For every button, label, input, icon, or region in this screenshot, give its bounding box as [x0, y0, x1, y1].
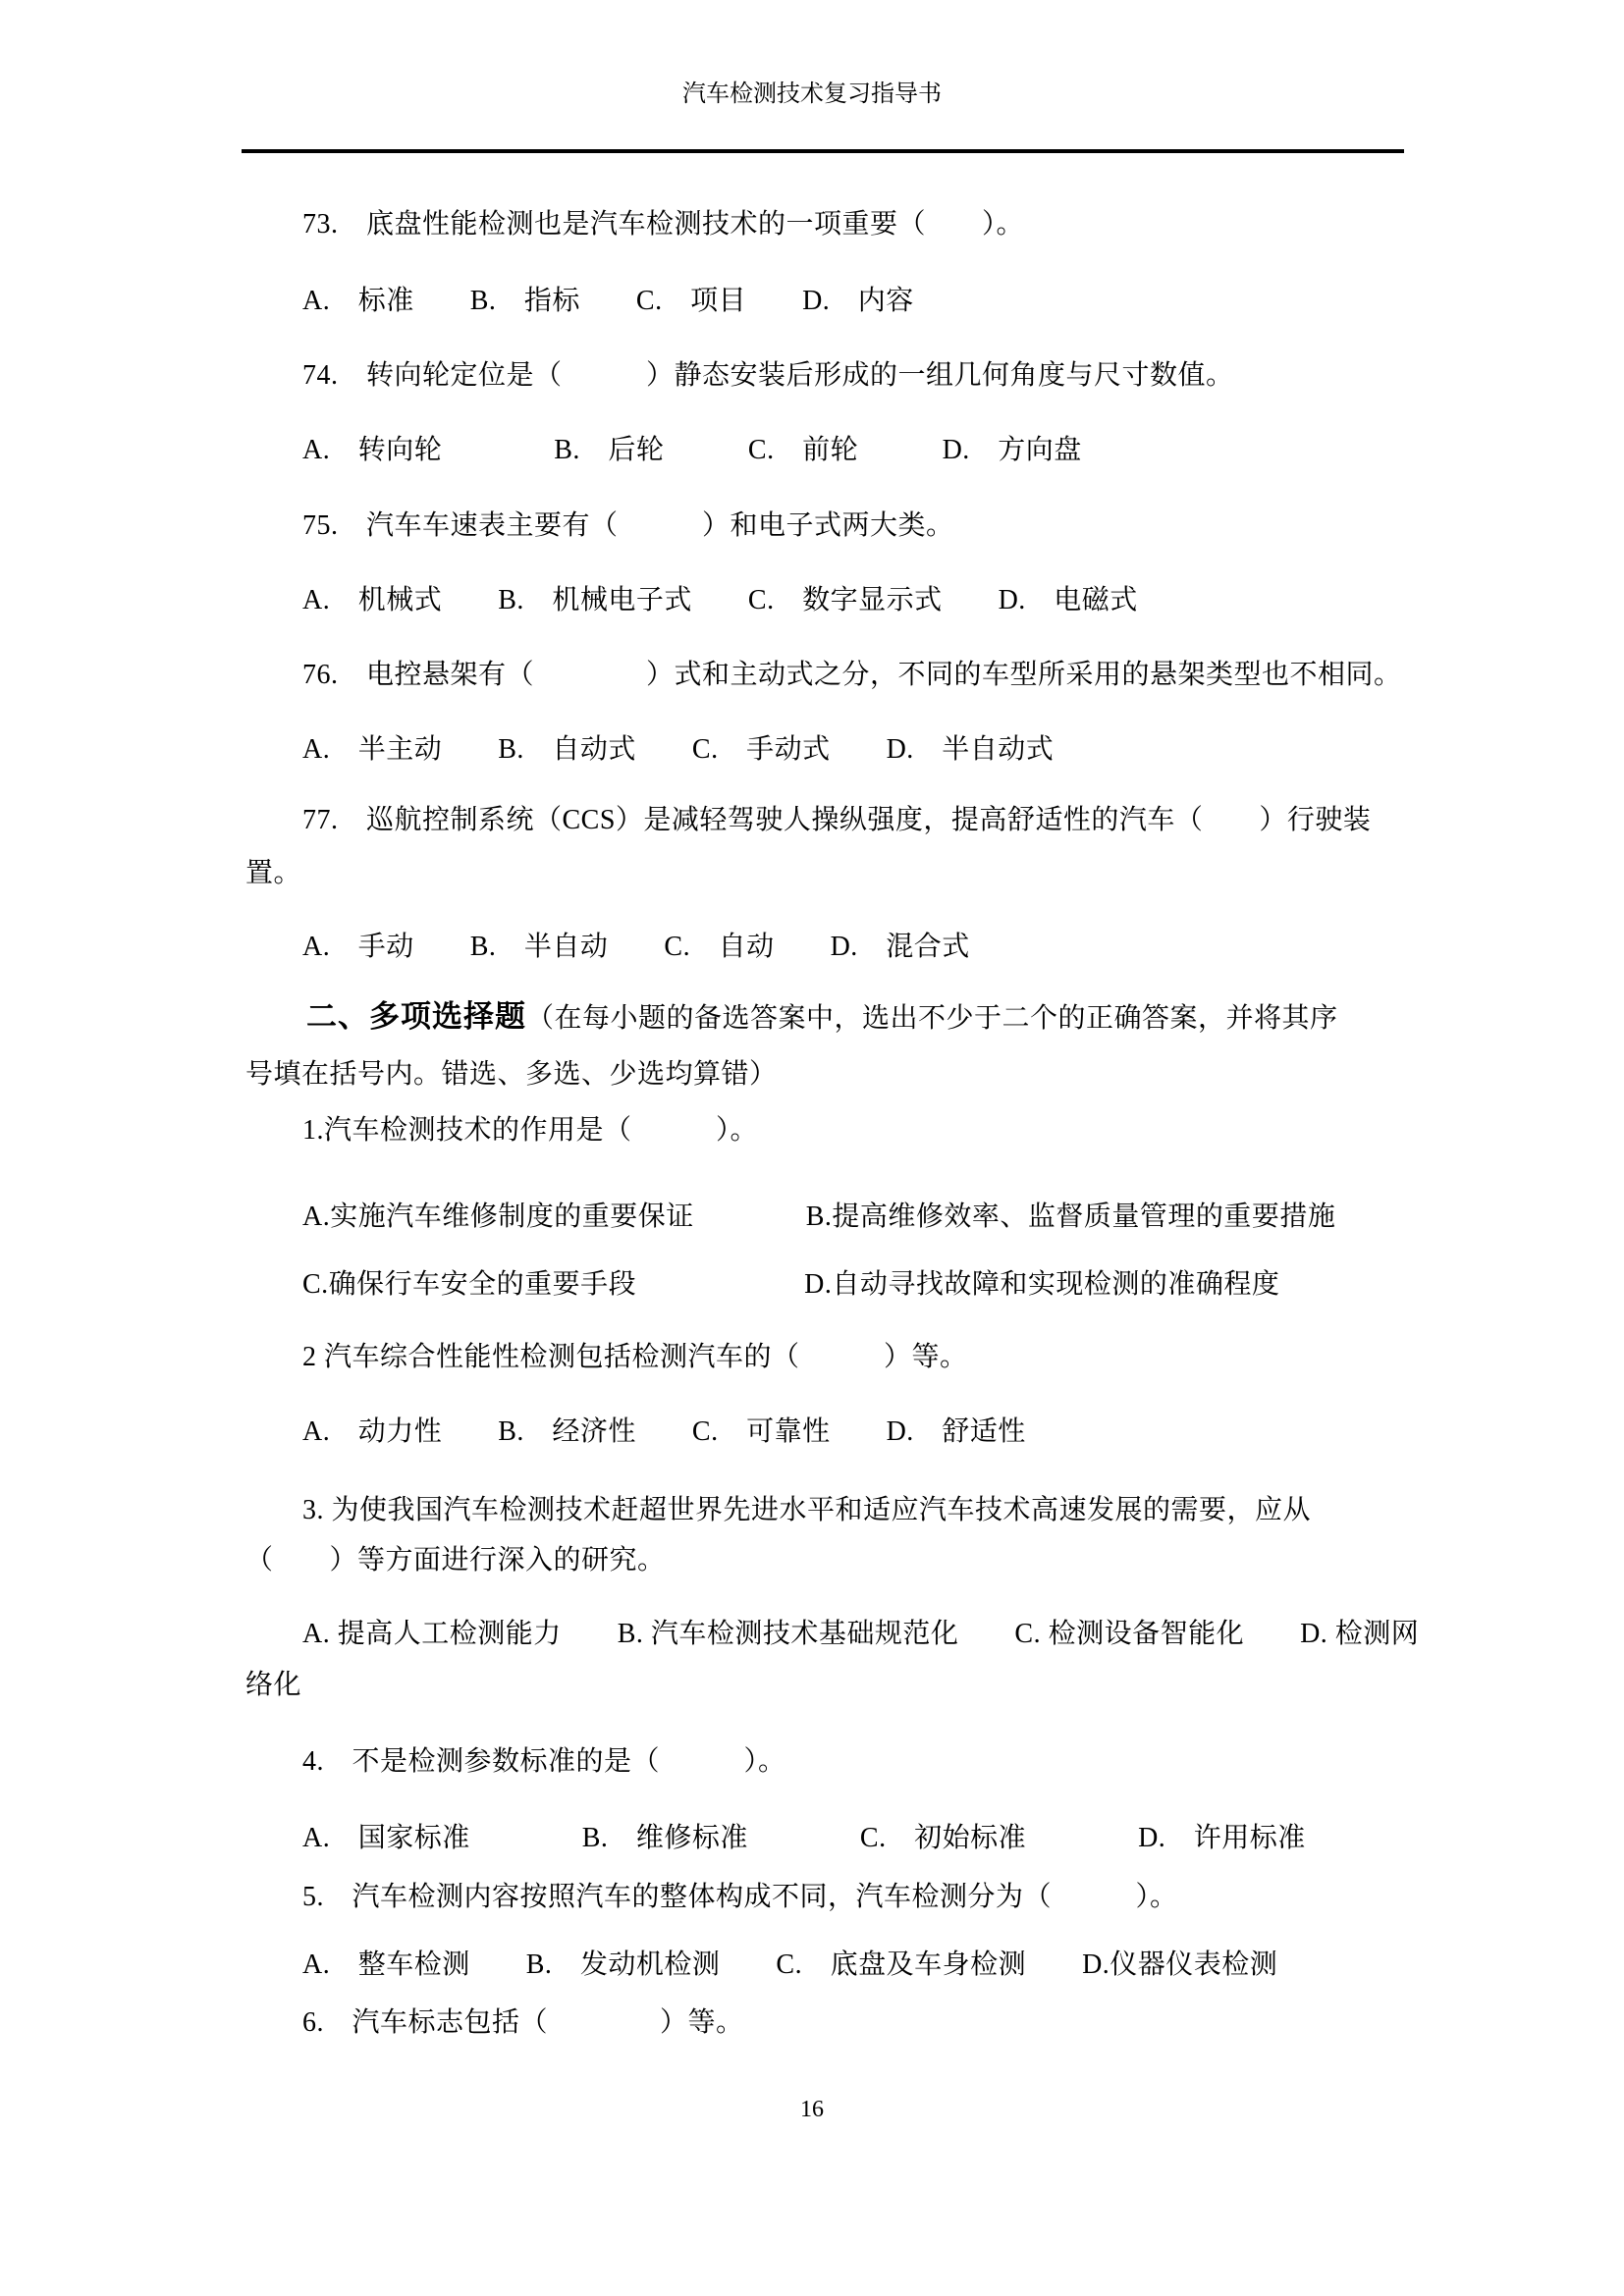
options-2: A. 动力性 B. 经济性 C. 可靠性 D. 舒适性: [302, 1416, 1026, 1448]
question-73: 73. 底盘性能检测也是汽车检测技术的一项重要（ ）。: [302, 209, 1024, 240]
options-76: A. 半主动 B. 自动式 C. 手动式 D. 半自动式: [302, 734, 1054, 766]
options-75: A. 机械式 B. 机械电子式 C. 数字显示式 D. 电磁式: [302, 585, 1138, 616]
question-3-line1: 3. 为使我国汽车检测技术赶超世界先进水平和适应汽车技术高速发展的需要，应从: [302, 1495, 1311, 1526]
header-rule: [242, 149, 1404, 153]
header-title: 汽车检测技术复习指导书: [0, 80, 1624, 108]
options-3-row2: 络化: [245, 1670, 301, 1701]
options-74: A. 转向轮 B. 后轮 C. 前轮 D. 方向盘: [302, 435, 1082, 466]
question-75: 75. 汽车车速表主要有（ ）和电子式两大类。: [302, 510, 954, 542]
question-5: 5. 汽车检测内容按照汽车的整体构成不同，汽车检测分为（ ）。: [302, 1882, 1178, 1913]
section-heading-title: 二、多项选择题: [306, 999, 526, 1034]
question-77-line2: 置。: [245, 858, 301, 889]
question-3-line2: （ ）等方面进行深入的研究。: [245, 1545, 666, 1576]
options-3-row1: A. 提高人工检测能力 B. 汽车检测技术基础规范化 C. 检测设备智能化 D.…: [302, 1619, 1419, 1650]
options-4: A. 国家标准 B. 维修标准 C. 初始标准 D. 许用标准: [302, 1823, 1306, 1854]
section-heading-note-line2: 号填在括号内。错选、多选、少选均算错）: [245, 1059, 778, 1091]
question-6: 6. 汽车标志包括（ ）等。: [302, 2007, 744, 2039]
question-76: 76. 电控悬架有（ ）式和主动式之分，不同的车型所采用的悬架类型也不相同。: [302, 660, 1402, 691]
question-77-line1: 77. 巡航控制系统（CCS）是减轻驾驶人操纵强度，提高舒适性的汽车（ ）行驶装: [302, 805, 1371, 836]
section-heading-note: （在每小题的备选答案中，选出不少于二个的正确答案，并将其序: [526, 1003, 1338, 1034]
question-74: 74. 转向轮定位是（ ）静态安装后形成的一组几何角度与尺寸数值。: [302, 360, 1234, 392]
options-1-row1: A.实施汽车维修制度的重要保证 B.提高维修效率、监督质量管理的重要措施: [302, 1201, 1335, 1233]
options-77: A. 手动 B. 半自动 C. 自动 D. 混合式: [302, 932, 970, 963]
options-1-row2: C.确保行车安全的重要手段 D.自动寻找故障和实现检测的准确程度: [302, 1269, 1279, 1301]
question-4: 4. 不是检测参数标准的是（ ）。: [302, 1746, 786, 1778]
page-number: 16: [0, 2097, 1624, 2123]
section-heading: 二、多项选择题（在每小题的备选答案中，选出不少于二个的正确答案，并将其序: [306, 1001, 1338, 1035]
options-5: A. 整车检测 B. 发动机检测 C. 底盘及车身检测 D.仪器仪表检测: [302, 1949, 1277, 1981]
options-73: A. 标准 B. 指标 C. 项目 D. 内容: [302, 286, 914, 317]
question-2: 2 汽车综合性能性检测包括检测汽车的（ ）等。: [302, 1342, 968, 1373]
question-1: 1.汽车检测技术的作用是（ ）。: [302, 1115, 758, 1147]
document-page: 汽车检测技术复习指导书 73. 底盘性能检测也是汽车检测技术的一项重要（ ）。 …: [0, 0, 1624, 2296]
